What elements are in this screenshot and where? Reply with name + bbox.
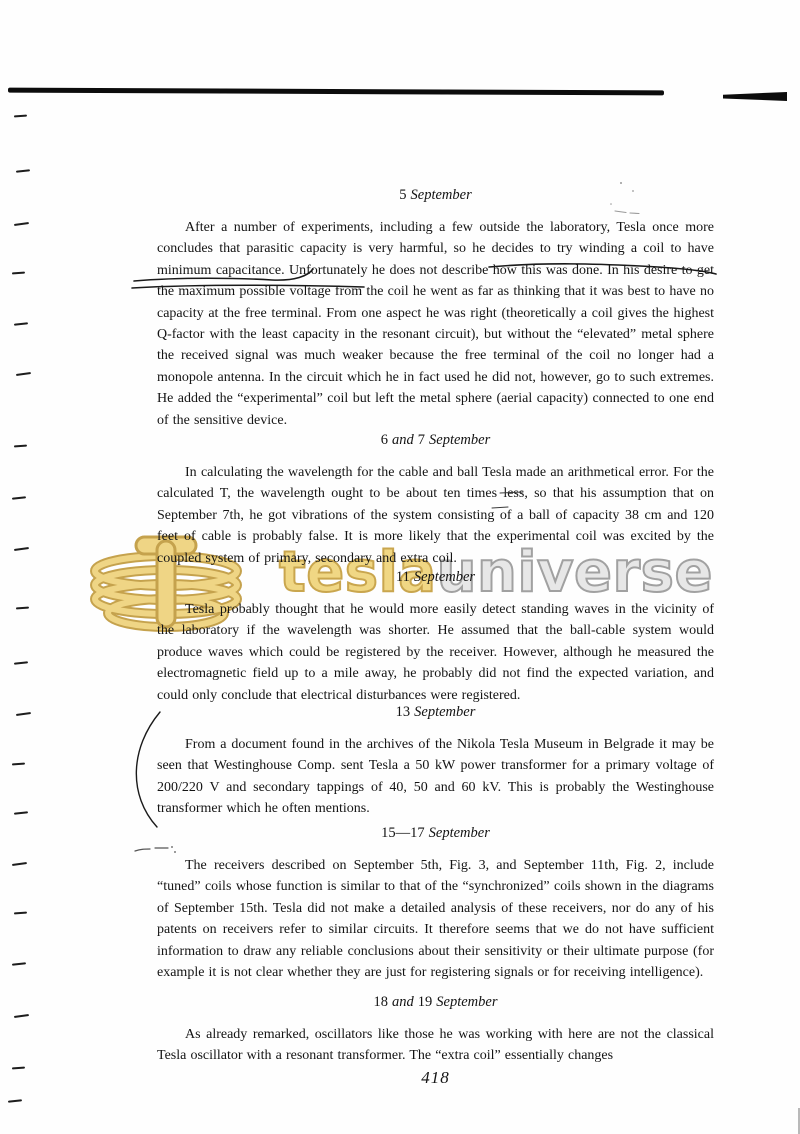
heading-number: 6 [381,430,388,450]
heading-month: September [411,185,472,205]
margin-tick [14,661,28,665]
margin-tick [16,372,31,376]
margin-tick [14,115,27,118]
section-heading: 18 and 19 September [157,992,714,1012]
page-number: 418 [157,1068,714,1088]
section-11-september: 11 September Tesla probably thought that… [157,567,714,706]
pencil-speck [620,182,622,184]
margin-dash-mark [135,849,150,851]
section-heading: 13 September [157,702,714,722]
section-paragraph: After a number of experiments, including… [157,217,714,431]
margin-tick [16,607,29,610]
section-heading: 5 September [157,185,714,205]
heading-and: and [392,430,414,450]
section-heading: 11 September [157,567,714,587]
section-15-17-september: 15—17 September The receivers described … [157,823,714,983]
section-5-september: 5 September After a number of experiment… [157,185,714,431]
heading-number: 11 [396,567,410,587]
heading-and: and [392,992,414,1012]
section-paragraph: Tesla probably thought that he would mor… [157,599,714,706]
heading-number: 15—17 [381,823,425,843]
section-heading: 15—17 September [157,823,714,843]
heading-number: 13 [396,702,411,722]
margin-tick [14,445,27,448]
margin-tick [16,712,31,716]
section-heading: 6 and 7 September [157,430,714,450]
margin-tick [12,763,25,766]
heading-number: 18 [374,992,389,1012]
heading-number: 5 [399,185,406,205]
section-18-19-september: 18 and 19 September As already remarked,… [157,992,714,1067]
margin-tick [12,1067,25,1070]
section-paragraph: As already remarked, oscillators like th… [157,1024,714,1067]
margin-tick [14,912,27,915]
margin-tick [14,222,29,226]
margin-tick [14,322,28,326]
heading-month: September [414,702,475,722]
margin-tick [12,272,25,275]
margin-tick [14,547,29,551]
heading-number: 7 [418,430,425,450]
heading-number: 19 [418,992,433,1012]
margin-tick [14,811,28,815]
section-paragraph: In calculating the wavelength for the ca… [157,462,714,569]
section-paragraph: From a document found in the archives of… [157,734,714,820]
margin-tick [12,962,26,966]
margin-tick [8,1099,22,1103]
scanned-book-page: teslauniverse 5 September After a number… [0,0,800,1134]
section-6-7-september: 6 and 7 September In calculating the wav… [157,430,714,569]
heading-month: September [436,992,497,1012]
scan-artifact-bar-long [8,88,664,96]
margin-tick [12,496,26,500]
section-13-september: 13 September From a document found in th… [157,702,714,820]
margin-tick [16,169,30,173]
heading-month: September [429,430,490,450]
margin-tick [12,862,27,866]
heading-month: September [414,567,475,587]
scan-artifact-bar-short [723,92,787,101]
section-paragraph: The receivers described on September 5th… [157,855,714,983]
heading-month: September [429,823,490,843]
margin-tick [14,1014,29,1018]
